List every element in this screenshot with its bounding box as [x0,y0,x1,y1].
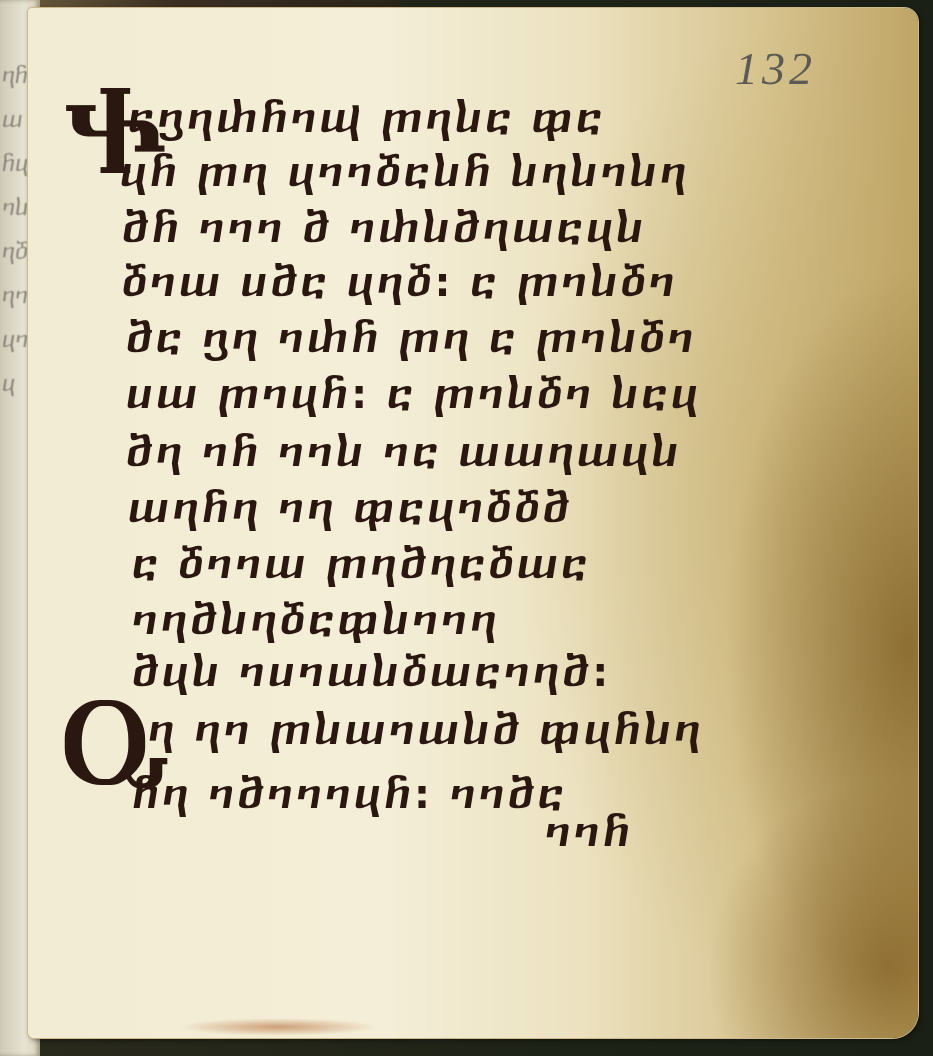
text-line-1: ⴀⴂⴄⴐⴌⴈⴓ ⴜⴄⴑⴀ ⴔⴀ [128,96,606,142]
text-line-5: ⴋⴀ ⴂⴄ ⴈⴐⴌ ⴜⴄ ⴀ ⴜⴈⴑⴃⴈ [126,316,697,362]
text-line-2: ⴗⴌ ⴜⴄ ⴗⴈⴈⴃⴀⴑⴌ ⴑⴄⴑⴈⴑⴄ [120,150,689,196]
text-line-6: ⴎⴍ ⴜⴈⴗⴌ: ⴀ ⴜⴈⴑⴃⴈ ⴑⴀⴗ [126,372,701,418]
text-line-8: ⴍⴄⴌⴄ ⴈⴄ ⴔⴀⴗⴈⴃⴃⴋ [128,486,573,532]
text-line-13: ⴌⴄ ⴈⴋⴈⴈⴈⴗⴌ: ⴈⴈⴋⴀ [132,772,567,818]
text-line-4: ⴃⴈⴍ ⴎⴋⴀ ⴗⴄⴃ: ⴀ ⴜⴈⴑⴃⴈ [122,260,678,306]
text-line-12: ⴄ ⴄⴈ ⴜⴑⴍⴈⴍⴑⴋ ⴔⴗⴌⴑⴄ [148,708,704,754]
text-line-10: ⴈⴄⴋⴑⴄⴃⴀⴔⴑⴈⴈⴄ [132,598,500,644]
folio-number: 132 [735,42,816,95]
text-line-7: ⴋⴄ ⴈⴌ ⴈⴈⴑ ⴈⴀ ⴍⴍⴄⴍⴗⴑ [126,430,682,476]
text-line-11: ⴋⴗⴑ ⴈⴎⴈⴍⴑⴃⴍⴀⴈⴄⴋ: [132,650,611,696]
text-line-9: ⴀ ⴃⴈⴈⴍ ⴜⴄⴋⴄⴀⴃⴍⴀ [132,542,591,588]
rust-stain [178,1018,378,1036]
text-line-3: ⴋⴌ ⴈⴈⴈ ⴋ ⴈⴐⴑⴋⴄⴍⴀⴗⴑ [122,206,647,252]
text-line-14: ⴈⴈⴌ [545,810,633,856]
